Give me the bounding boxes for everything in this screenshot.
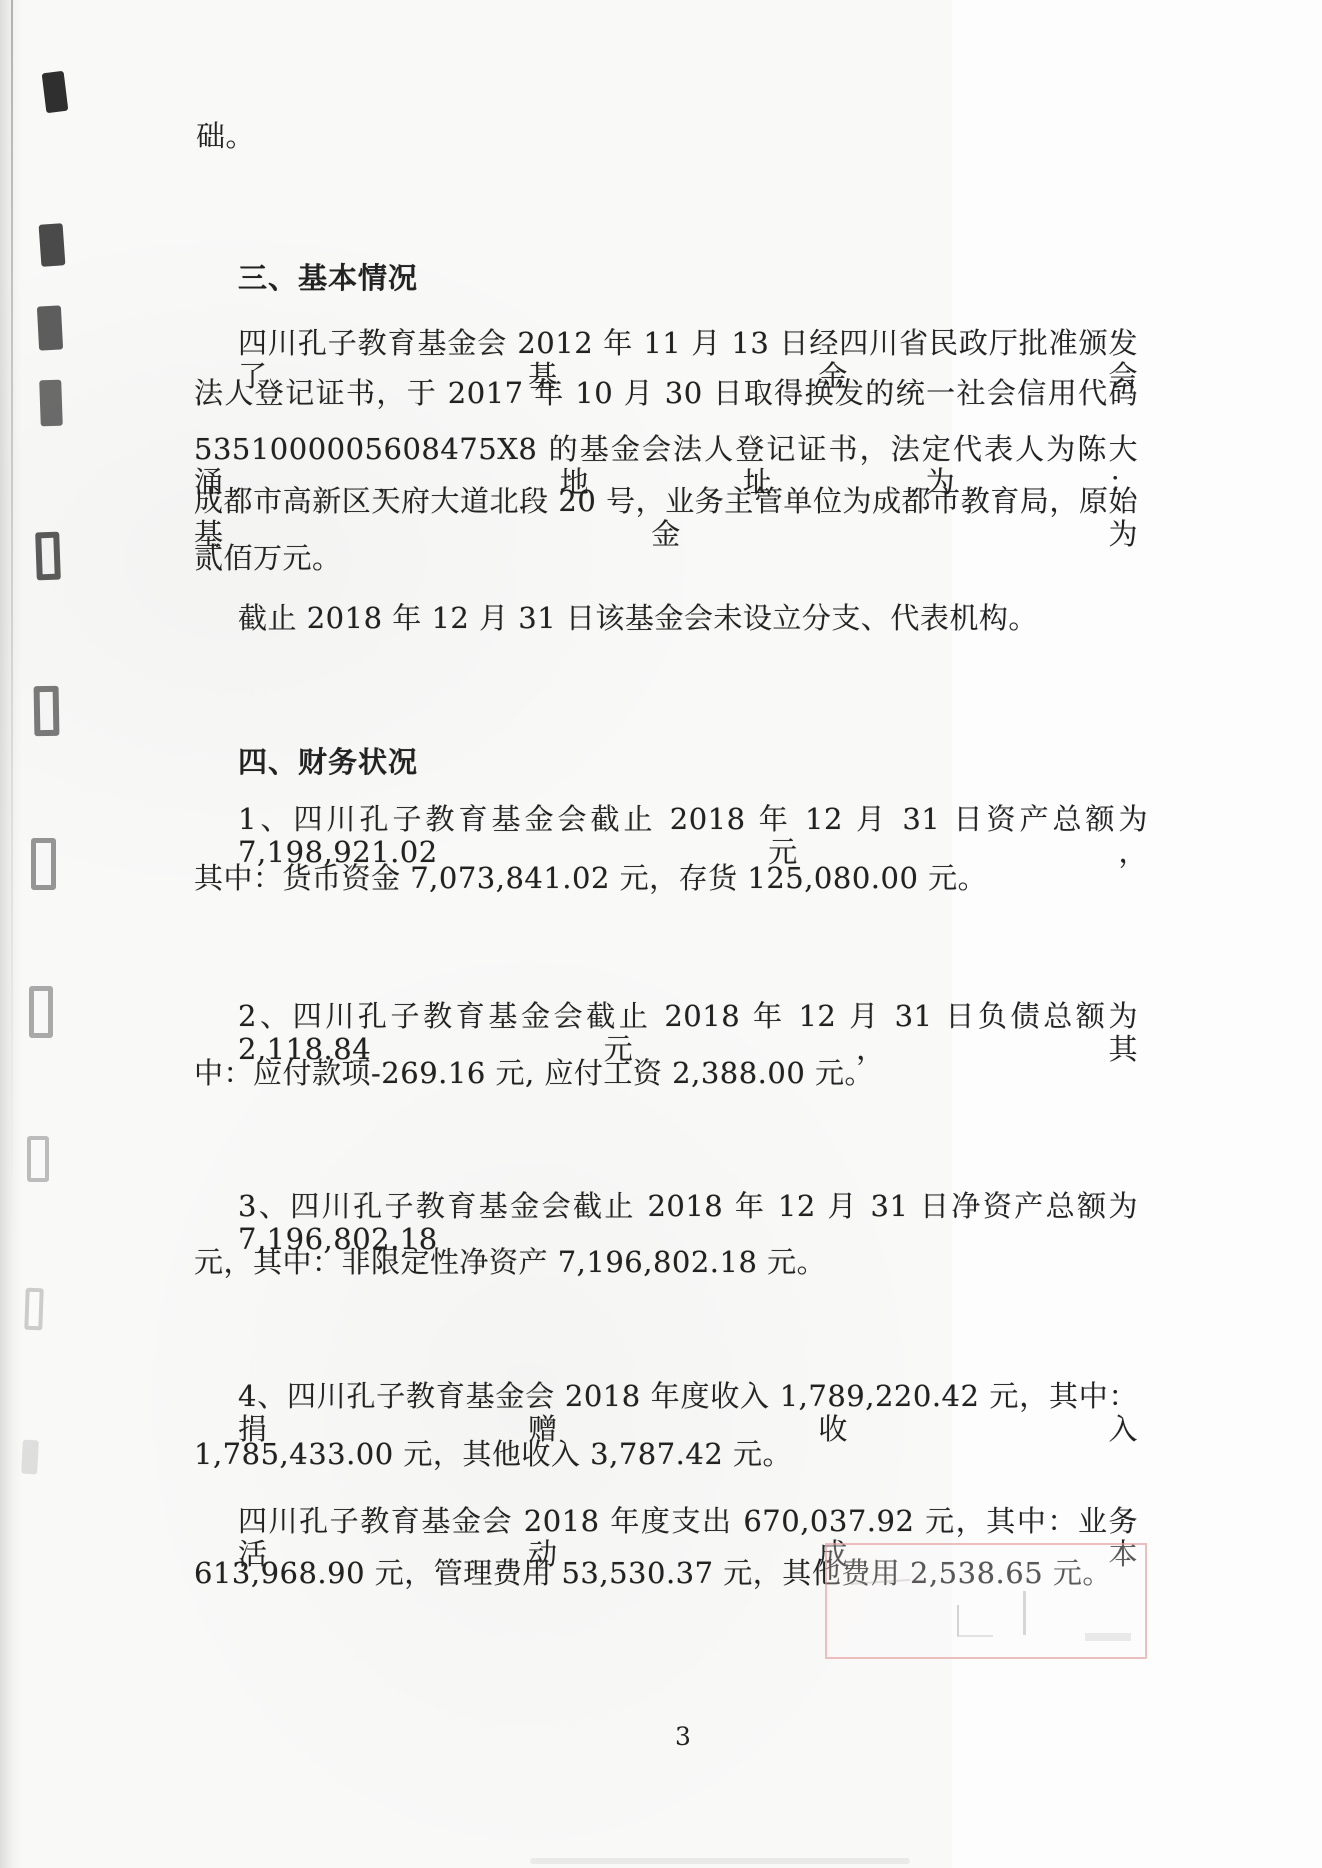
binding-mark bbox=[39, 223, 66, 267]
stamp-smudge bbox=[1085, 1633, 1131, 1641]
binding-mark bbox=[35, 532, 61, 581]
page-number: 3 bbox=[653, 1722, 713, 1751]
finance-item1-line: 1、四川孔子教育基金会截止 2018 年 12 月 31 日资产总额为 7,19… bbox=[238, 803, 1148, 869]
finance-item2-line: 中：应付款项-269.16 元, 应付工资 2,388.00 元。 bbox=[194, 1057, 874, 1090]
faded-stamp-box bbox=[825, 1543, 1147, 1659]
scanned-page: 础。 三、基本情况 四川孔子教育基金会 2012 年 11 月 13 日经四川省… bbox=[0, 0, 1322, 1868]
section-basic-heading: 三、基本情况 bbox=[238, 262, 418, 295]
carryover-text: 础。 bbox=[196, 120, 255, 153]
stamp-smudge bbox=[848, 1553, 910, 1585]
finance-item4-line: 1,785,433.00 元，其他收入 3,787.42 元。 bbox=[194, 1438, 792, 1471]
binding-mark bbox=[39, 380, 63, 427]
binding-mark bbox=[37, 305, 63, 350]
binding-mark bbox=[24, 1288, 43, 1331]
section-finance-heading: 四、财务状况 bbox=[238, 746, 418, 779]
binding-mark bbox=[21, 1440, 39, 1475]
scan-edge-line bbox=[11, 0, 13, 1240]
stamp-smudge bbox=[957, 1605, 993, 1637]
binding-mark bbox=[27, 1136, 49, 1182]
stamp-smudge bbox=[1023, 1591, 1026, 1635]
finance-item1-line: 其中：货币资金 7,073,841.02 元，存货 125,080.00 元。 bbox=[194, 862, 987, 895]
registration-paragraph-line: 法人登记证书，于 2017 年 10 月 30 日取得换发的统一社会信用代码 bbox=[194, 377, 1138, 410]
finance-item3-line: 元，其中：非限定性净资产 7,196,802.18 元。 bbox=[194, 1246, 826, 1279]
branches-paragraph: 截止 2018 年 12 月 31 日该基金会未设立分支、代表机构。 bbox=[238, 602, 1038, 635]
binding-mark bbox=[31, 838, 56, 890]
binding-mark bbox=[34, 686, 60, 736]
binding-mark bbox=[42, 71, 69, 113]
binding-mark bbox=[29, 986, 53, 1038]
registration-paragraph-line: 贰佰万元。 bbox=[194, 542, 342, 575]
scan-smear bbox=[530, 1858, 910, 1864]
